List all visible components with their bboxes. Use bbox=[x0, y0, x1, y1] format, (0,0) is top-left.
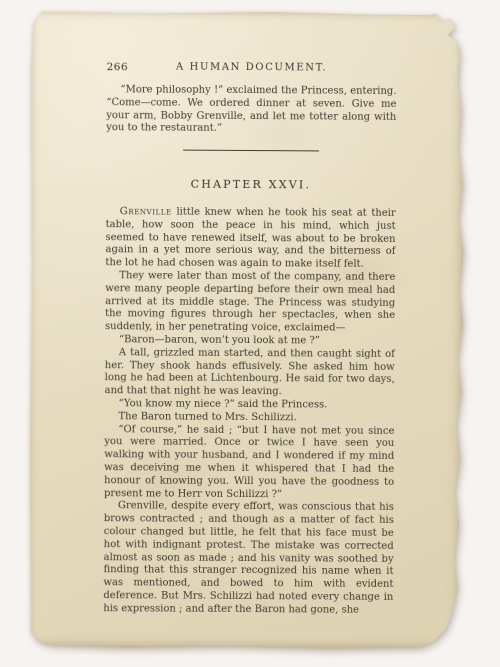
paragraph-lead-word: Grenville bbox=[120, 206, 172, 217]
book-page-shadow: 266 A HUMAN DOCUMENT. “More philosophy !… bbox=[28, 11, 469, 651]
paragraph: Grenville little knew when he took his s… bbox=[105, 206, 395, 272]
book-page: 266 A HUMAN DOCUMENT. “More philosophy !… bbox=[28, 11, 469, 651]
paragraph: Grenville, despite every effort, was con… bbox=[103, 500, 394, 617]
chapter-end-paragraph: “More philosophy !” exclaimed the Prince… bbox=[106, 84, 396, 137]
paragraph: “Of course,” he said ; “but I have not m… bbox=[104, 424, 394, 503]
scan-background: 266 A HUMAN DOCUMENT. “More philosophy !… bbox=[0, 0, 500, 667]
running-title: A HUMAN DOCUMENT. bbox=[176, 62, 327, 74]
paragraph: They were later than most of the company… bbox=[105, 270, 395, 336]
paragraph: A tall, grizzled man started, and then c… bbox=[105, 347, 395, 400]
chapter-heading: CHAPTER XXVI. bbox=[106, 178, 396, 193]
paragraph: The Baron turned to Mrs. Schilizzi. bbox=[104, 411, 394, 426]
chapter-body: Grenville little knew when he took his s… bbox=[103, 206, 395, 617]
page-content: 266 A HUMAN DOCUMENT. “More philosophy !… bbox=[103, 61, 396, 617]
page-number: 266 bbox=[107, 61, 129, 74]
section-divider-rule bbox=[183, 150, 319, 152]
running-header: 266 A HUMAN DOCUMENT. bbox=[107, 61, 397, 77]
